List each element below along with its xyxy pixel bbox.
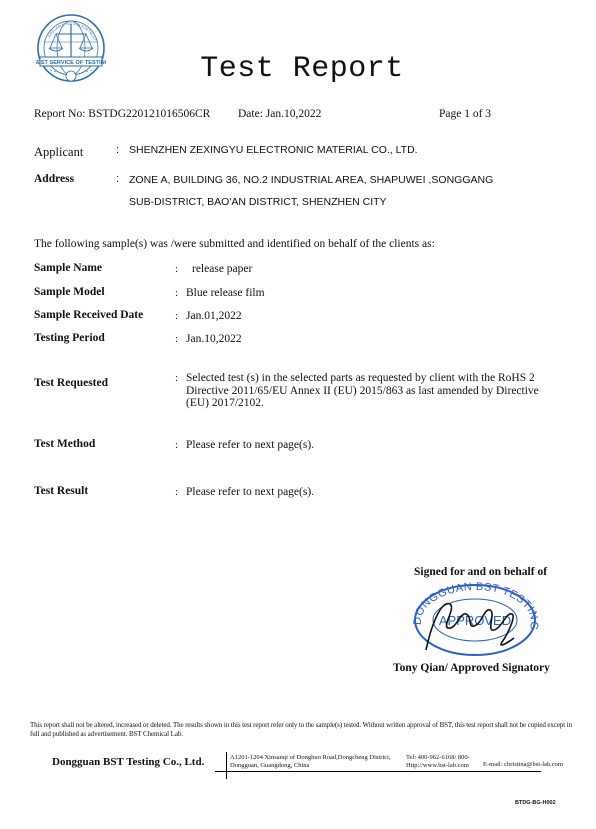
- address-line-2: SUB-DISTRICT, BAO'AN DISTRICT, SHENZHEN …: [129, 196, 387, 208]
- disclaimer-text: This report shall not be altered, increa…: [30, 721, 575, 739]
- sample-name-label: Sample Name: [34, 262, 102, 274]
- footer-horizontal-divider: [215, 771, 541, 772]
- applicant-label: Applicant: [34, 145, 83, 160]
- test-result-colon: :: [175, 486, 178, 498]
- svg-text:A RELIABLE TESTING FOR TRUST: A RELIABLE TESTING FOR TRUST: [47, 22, 96, 42]
- test-requested-value: Selected test (s) in the selected parts …: [186, 372, 546, 410]
- signed-on-behalf-text: Signed for and on behalf of: [414, 566, 547, 578]
- address-line-1: ZONE A, BUILDING 36, NO.2 INDUSTRIAL ARE…: [129, 174, 493, 186]
- test-requested-colon: :: [175, 372, 178, 384]
- page-title: Test Report: [0, 52, 596, 86]
- test-result-label: Test Result: [34, 485, 88, 497]
- intro-text: The following sample(s) was /were submit…: [34, 238, 435, 250]
- address-colon: :: [116, 173, 119, 185]
- testing-period-label: Testing Period: [34, 332, 105, 344]
- testing-period-value: Jan.10,2022: [186, 333, 242, 345]
- test-method-label: Test Method: [34, 438, 95, 450]
- report-number: Report No: BSTDG220121016506CR: [34, 108, 210, 120]
- footer-company-name: Dongguan BST Testing Co., Ltd.: [52, 756, 204, 768]
- sample-name-value: release paper: [192, 263, 252, 275]
- sample-name-colon: :: [175, 263, 178, 275]
- sample-model-label: Sample Model: [34, 286, 105, 298]
- received-date-label: Sample Received Date: [34, 309, 143, 321]
- applicant-value: SHENZHEN ZEXINGYU ELECTRONIC MATERIAL CO…: [129, 144, 418, 156]
- page-indicator: Page 1 of 3: [439, 108, 491, 120]
- footer-address-line-2: Dongguan, Guangdong, China: [230, 762, 410, 770]
- logo-arc-text: A RELIABLE TESTING FOR TRUST: [47, 22, 96, 42]
- sample-model-colon: :: [175, 287, 178, 299]
- test-method-value: Please refer to next page(s).: [186, 439, 314, 451]
- footer-address-line-1: A1201-1204 Xinsanqi of Donghuo Road,Dong…: [230, 754, 410, 762]
- approved-stamp: DONGGUAN BST TESTING CO.,LTD APPROVED: [412, 582, 542, 658]
- footer-email-link[interactable]: E-mail: christina@bst-lab.com: [483, 761, 563, 769]
- applicant-colon: :: [116, 144, 119, 156]
- test-requested-label: Test Requested: [34, 377, 108, 389]
- address-label: Address: [34, 173, 74, 185]
- signatory-name: Tony Qian/ Approved Signatory: [393, 662, 550, 674]
- testing-period-colon: :: [175, 333, 178, 345]
- footer-vertical-divider: [226, 752, 227, 779]
- received-date-value: Jan.01,2022: [186, 310, 242, 322]
- report-date: Date: Jan.10,2022: [238, 108, 321, 120]
- footer-address: A1201-1204 Xinsanqi of Donghuo Road,Dong…: [230, 754, 410, 769]
- form-code: BTDG-BG-H002: [515, 800, 556, 806]
- sample-model-value: Blue release film: [186, 287, 265, 299]
- test-method-colon: :: [175, 439, 178, 451]
- test-result-value: Please refer to next page(s).: [186, 486, 314, 498]
- received-date-colon: :: [175, 310, 178, 322]
